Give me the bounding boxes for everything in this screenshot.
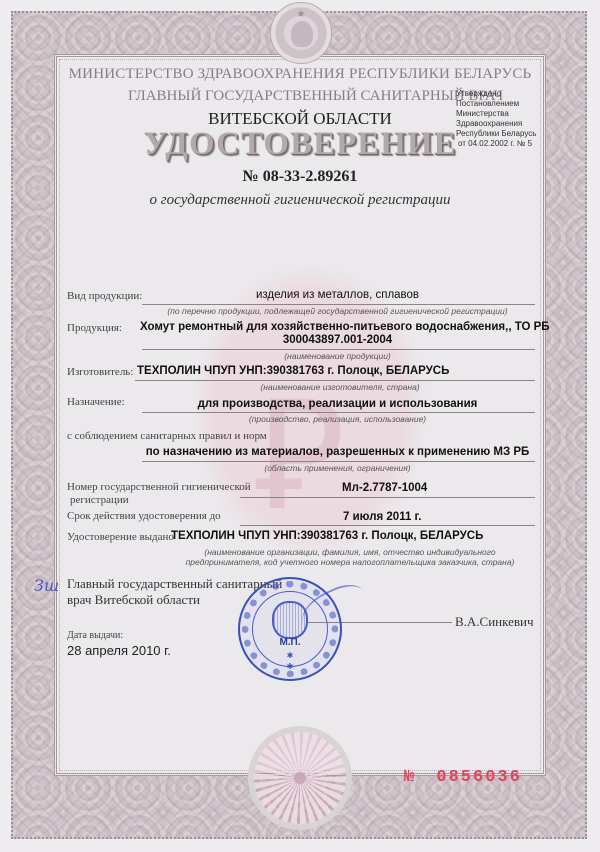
approval-note: Утверждено Постановлением Министерства З… <box>456 89 566 149</box>
approval-line: от 04.02.2002 г. № 5 <box>456 139 566 149</box>
certificate-subtitle: о государственной гигиенической регистра… <box>0 192 600 209</box>
serial-number: 0856036 <box>436 768 521 787</box>
approval-line: Республики Беларусь <box>456 129 566 139</box>
rosette-ornament-icon <box>248 726 352 830</box>
field-underline <box>240 525 535 526</box>
field-underline <box>142 412 535 413</box>
star-icon: ✱ <box>240 662 340 671</box>
certificate-number: № 08-33-2.89261 <box>0 168 600 186</box>
form-serial-number: № 0856036 <box>404 768 522 787</box>
field-underline <box>142 461 535 462</box>
manufacturer-hint: (наименование изготовителя, страна) <box>190 382 490 392</box>
ministry-heading: МИНИСТЕРСТВО ЗДРАВООХРАНЕНИЯ РЕСПУБЛИКИ … <box>0 66 600 83</box>
star-icon: ★ <box>271 9 331 20</box>
compliance-value: по назначению из материалов, разрешенных… <box>140 446 535 458</box>
position-title-line2: врач Витебской области <box>67 592 200 608</box>
product-type-value: изделия из металлов, сплавов <box>140 289 535 301</box>
approval-line: Здравоохранения <box>456 119 566 129</box>
purpose-value: для производства, реализации и использов… <box>140 398 535 410</box>
issued-to-hint-line2: предпринимателя, код учетного номера нал… <box>180 557 520 567</box>
purpose-hint: (производство, реализация, использование… <box>140 414 535 424</box>
manufacturer-value: ТЕХПОЛИН ЧПУП УНП:390381763 г. Полоцк, Б… <box>137 365 449 377</box>
compliance-label: с соблюдением санитарных правил и норм <box>67 430 267 442</box>
manufacturer-label: Изготовитель: <box>67 366 133 378</box>
product-label: Продукция: <box>67 322 122 334</box>
issue-date-value: 28 апреля 2010 г. <box>67 643 171 658</box>
approval-line: Постановлением <box>456 99 566 109</box>
approval-line: Министерства <box>456 109 566 119</box>
registration-number-value: Мл-2.7787-1004 <box>342 482 427 494</box>
registration-number-label-cont: регистрации <box>70 494 129 506</box>
product-value-line2: 300043897.001-2004 <box>140 334 535 346</box>
position-title-line1: Главный государственный санитарный <box>67 576 282 592</box>
initials-signature: Зш <box>34 576 59 595</box>
product-type-hint: (по перечню продукции, подлежащей госуда… <box>140 306 535 316</box>
star-icon: ✱ <box>240 651 340 660</box>
product-value-line1: Хомут ремонтный для хозяйственно-питьево… <box>140 321 535 333</box>
field-underline <box>135 380 535 381</box>
issued-to-hint-line1: (наименование организации, фамилия, имя,… <box>180 547 520 557</box>
state-emblem-icon: ★ <box>270 2 332 64</box>
field-underline <box>142 349 535 350</box>
field-underline <box>240 497 535 498</box>
emblem-core <box>291 21 313 47</box>
field-underline <box>142 304 535 305</box>
product-type-label: Вид продукции: <box>67 290 142 302</box>
compliance-hint: (область применения, ограничения) <box>140 463 535 473</box>
issue-date-label: Дата выдачи: <box>67 630 123 641</box>
product-hint: (наименование продукции) <box>140 351 535 361</box>
issued-to-label: Удостоверение выдано <box>67 531 174 543</box>
issued-to-value: ТЕХПОЛИН ЧПУП УНП:390381763 г. Полоцк, Б… <box>171 530 483 542</box>
approval-line: Утверждено <box>456 89 566 99</box>
registration-number-label: Номер государственной гигиенической <box>67 481 251 493</box>
chief-doctor-heading: ГЛАВНЫЙ ГОСУДАРСТВЕННЫЙ САНИТАРНЫЙ ВРАЧ <box>128 88 503 105</box>
serial-prefix: № <box>404 768 416 787</box>
purpose-label: Назначение: <box>67 396 125 408</box>
valid-until-label: Срок действия удостоверения до <box>67 510 221 522</box>
signer-name: В.А.Синкевич <box>455 614 534 630</box>
valid-until-value: 7 июля 2011 г. <box>343 511 421 523</box>
